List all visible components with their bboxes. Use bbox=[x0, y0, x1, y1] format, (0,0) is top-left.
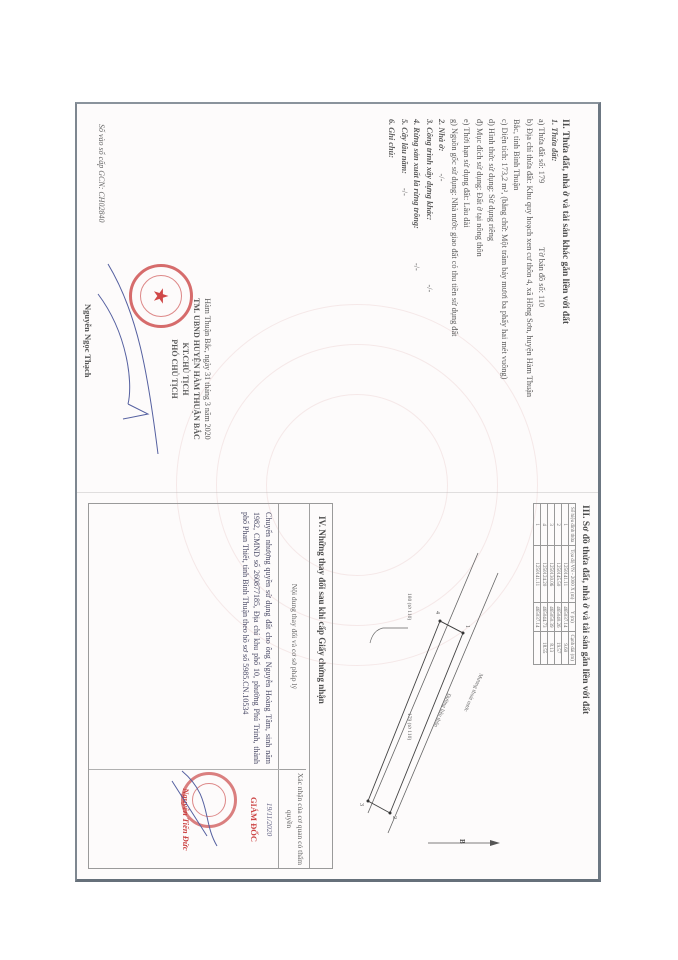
table-cell: 1250124.20 bbox=[541, 546, 548, 603]
col-length: Cạnh dài (m) bbox=[569, 631, 576, 664]
col-x: Tọa độ VN - 2000 X (m) bbox=[569, 546, 576, 603]
land-heading: 1. Thửa đất: bbox=[548, 119, 561, 397]
table-row: 11250141.11465037.14 bbox=[534, 504, 541, 665]
perennial-value: -/- bbox=[400, 188, 409, 196]
table-cell: 1 bbox=[562, 504, 569, 546]
section-ii: II. Thửa đất, nhà ở và tài sản khác gắn … bbox=[385, 119, 570, 397]
table-cell: 3 bbox=[548, 504, 555, 546]
signature-scribble-icon bbox=[88, 254, 178, 484]
table-cell: 465037.14 bbox=[562, 603, 569, 631]
construction-value: -/- bbox=[425, 284, 434, 292]
use-form: d) Hình thức sử dụng: Sử dụng riêng bbox=[485, 119, 498, 397]
use-term: e) Thời hạn sử dụng đất: Lâu dài bbox=[460, 119, 473, 397]
table-cell: 1250145.50 bbox=[555, 546, 562, 603]
parcel-row: a) Thửa đất số: 179 Tờ bản đồ số: 110 bbox=[535, 119, 548, 397]
table-cell: 465037.14 bbox=[534, 603, 541, 631]
area: c) Diện tích: 173,2 m², (bằng chữ: Một t… bbox=[498, 119, 511, 397]
origin: g) Nguồn gốc sử dụng: Nhà nước giao đất … bbox=[448, 119, 461, 397]
section-iv-header: Nội dung thay đổi và cơ sở pháp lý Xác n… bbox=[278, 504, 310, 868]
entry-date: 19/11/2020 bbox=[265, 772, 274, 867]
col-change-content: Nội dung thay đổi và cơ sở pháp lý bbox=[290, 504, 299, 769]
svg-text:Đường liên thôn: Đường liên thôn bbox=[432, 692, 452, 728]
perennial-heading: 5. Cây lâu năm: bbox=[400, 119, 409, 174]
svg-text:180 (tờ 110): 180 (tờ 110) bbox=[406, 593, 413, 620]
section-iii-title: III. Sơ đồ thửa đất, nhà ở và tài sản gắ… bbox=[580, 505, 590, 714]
change-entry-text: Chuyển nhượng quyền sử dụng đất cho ông … bbox=[240, 512, 275, 764]
parcel-map: 1 2 3 4 Đường liên thôn Mương thoát nước… bbox=[358, 533, 518, 863]
table-header-row: Số hiệu đỉnh thửa Tọa độ VN - 2000 X (m)… bbox=[569, 504, 576, 665]
entry-signature-scribble-icon bbox=[162, 766, 222, 856]
table-cell: 18.55 bbox=[541, 631, 548, 664]
address-line-2: Bắc, tỉnh Bình Thuận bbox=[510, 119, 523, 397]
forest-value: -/- bbox=[413, 263, 422, 271]
construction-row: 3. Công trình xây dựng khác: -/- bbox=[423, 119, 436, 397]
table-cell: 4 bbox=[541, 504, 548, 546]
table-row: 31250130.06465050.398.13 bbox=[548, 504, 555, 665]
coordinates-body: 11250141.11465037.149.6021250145.5046504… bbox=[534, 504, 569, 665]
perennial-row: 5. Cây lâu năm: -/- bbox=[398, 119, 411, 397]
table-cell: 1250130.06 bbox=[548, 546, 555, 603]
table-cell: 1250141.11 bbox=[534, 546, 541, 603]
forest-heading: 4. Rừng sản xuất là rừng trồng: bbox=[413, 119, 422, 229]
table-row: 11250141.11465037.149.60 bbox=[562, 504, 569, 665]
col-vertex: Số hiệu đỉnh thửa bbox=[569, 504, 576, 546]
svg-text:1: 1 bbox=[464, 625, 470, 628]
svg-text:2: 2 bbox=[391, 816, 397, 819]
use-purpose: đ) Mục đích sử dụng: Đất ở tại nông thôn bbox=[473, 119, 486, 397]
map-sheet-number: Tờ bản đồ số: 110 bbox=[538, 247, 547, 307]
svg-text:3: 3 bbox=[358, 803, 364, 806]
table-cell: 465044.73 bbox=[541, 603, 548, 631]
address-line-1: b) Địa chỉ thửa đất: Khu quy hoạch xen c… bbox=[523, 119, 536, 397]
svg-text:Mương thoát nước: Mương thoát nước bbox=[462, 672, 484, 713]
table-cell bbox=[534, 631, 541, 664]
house-value: -/- bbox=[438, 174, 447, 182]
col-y: Y (m) bbox=[569, 603, 576, 631]
table-cell: 9.60 bbox=[562, 631, 569, 664]
table-cell: 1250141.11 bbox=[562, 546, 569, 603]
col-authority-confirmation: Xác nhận của cơ quan có thẩm quyền bbox=[279, 769, 306, 868]
table-cell: 19.57 bbox=[555, 631, 562, 664]
table-cell: 8.13 bbox=[548, 631, 555, 664]
section-ii-title: II. Thửa đất, nhà ở và tài sản khác gắn … bbox=[560, 119, 570, 397]
certificate-page: II. Thửa đất, nhà ở và tài sản khác gắn … bbox=[75, 102, 601, 882]
notes-heading: 6. Ghi chú: bbox=[385, 119, 398, 397]
svg-text:B: B bbox=[458, 839, 466, 844]
house-row: 2. Nhà ở: -/- bbox=[435, 119, 448, 397]
house-heading: 2. Nhà ở: bbox=[438, 119, 447, 151]
registry-number: Số vào sổ cấp GCN: CH02840 bbox=[97, 124, 106, 222]
signer-name: Nguyễn Ngọc Thạch bbox=[83, 304, 93, 378]
table-cell: 2 bbox=[555, 504, 562, 546]
svg-text:179 (tờ 110): 179 (tờ 110) bbox=[406, 713, 413, 740]
table-cell: 1 bbox=[534, 504, 541, 546]
coordinates-table: Số hiệu đỉnh thửa Tọa độ VN - 2000 X (m)… bbox=[533, 503, 576, 665]
table-cell: 465050.39 bbox=[548, 603, 555, 631]
on-behalf: TM. UBND HUYỆN HÀM THUẬN BẮC bbox=[191, 249, 202, 489]
parcel-number: a) Thửa đất số: 179 bbox=[538, 119, 547, 183]
table-cell: 465040.26 bbox=[555, 603, 562, 631]
forest-row: 4. Rừng sản xuất là rừng trồng: -/- bbox=[410, 119, 423, 397]
section-iii-iv-panel: III. Sơ đồ thửa đất, nhà ở và tài sản gắ… bbox=[77, 493, 598, 881]
section-iv-box: IV. Những thay đổi sau khi cấp Giấy chứn… bbox=[88, 503, 333, 869]
svg-text:4: 4 bbox=[434, 611, 440, 614]
construction-heading: 3. Công trình xây dựng khác: bbox=[425, 119, 434, 220]
place-date: Hàm Thuận Bắc, ngày 31 tháng 3 năm 2020 bbox=[202, 249, 213, 489]
table-row: 41250124.20465044.7318.55 bbox=[541, 504, 548, 665]
section-ii-panel: II. Thửa đất, nhà ở và tài sản khác gắn … bbox=[77, 104, 598, 492]
table-row: 21250145.50465040.2619.57 bbox=[555, 504, 562, 665]
section-iv-title: IV. Những thay đổi sau khi cấp Giấy chứn… bbox=[317, 516, 327, 704]
entry-title: GIÁM ĐỐC bbox=[249, 772, 259, 867]
